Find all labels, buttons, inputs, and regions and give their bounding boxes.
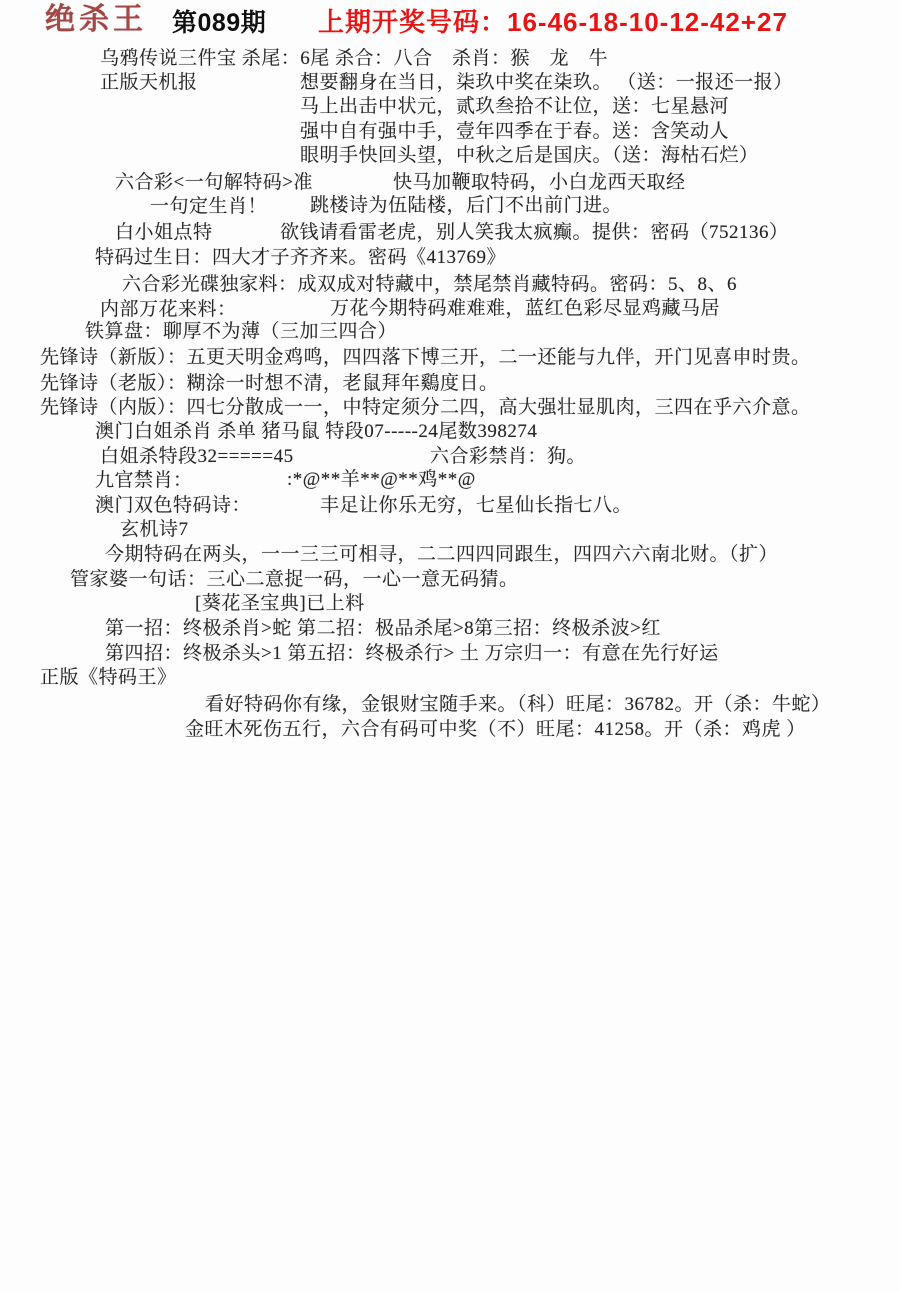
doc-line-yiju-jietema: 快马加鞭取特码，小白龙西天取经 xyxy=(393,172,686,194)
doc-line-jiugong-jinxiao: :*@**羊**@**鸡**@ xyxy=(287,469,476,491)
last-draw-numbers: 上期开奖号码：16-46-18-10-12-42+27 xyxy=(318,8,788,38)
page-title: 绝杀王 xyxy=(45,3,147,38)
scanned-lottery-sheet: 绝杀王 第089期 上期开奖号码：16-46-18-10-12-42+27 乌鸦… xyxy=(0,0,900,1292)
doc-line-xianfengshi-new: 先锋诗（新版）：五更天明金鸡鸣，四四落下博三开，二一还能与九伴，开门见喜申时贵。 xyxy=(40,347,811,369)
issue-number: 第089期 xyxy=(172,9,266,38)
doc-line-xianfengshi-old: 先锋诗（老版）：糊涂一时想不清，老鼠拜年鷄度日。 xyxy=(40,373,499,395)
section-label-jiugong-jinxiao: 九官禁肖： xyxy=(95,470,193,492)
doc-line-xianfengshi-inner: 先锋诗（内版）：四七分散成一一，中特定须分二四，高大强壮显肌肉，三四在乎六介意。 xyxy=(40,397,811,419)
section-label-neibu-wanhua: 内部万花来料： xyxy=(100,299,237,321)
doc-line-zhao-45: 第四招：终极杀头>1 第五招：终极杀行> 土 万宗归一：有意在先行好运 xyxy=(105,643,719,665)
doc-line-baijie-shateduan: 白姐杀特段32=====45 xyxy=(100,446,294,468)
doc-line-neibu-wanhua: 万花今期特码难难难，蓝红色彩尽显鸡藏马居 xyxy=(330,298,720,320)
doc-line-temawang-2: 金旺木死伤五行，六合有码可中奖（不）旺尾：41258。开（杀：鸡虎 ） xyxy=(185,719,806,741)
section-label-yiju-shengxiao: 一句定生肖！ xyxy=(150,196,267,218)
doc-line-tianjibao-verse: 想要翻身在当日，柒玖中奖在柒玖。 （送：一报还一报） xyxy=(300,72,793,94)
doc-line-xuanjishi: 今期特码在两头，一一三三可相寻，二二四四同跟生，四四六六南北财。（扩） xyxy=(105,544,778,566)
section-label-tianjibao: 正版天机报 xyxy=(100,72,198,94)
doc-line-guanjiapo: 管家婆一句话：三心二意捉一码，一心一意无码猜。 xyxy=(70,569,519,591)
section-label-shuangse-shi: 澳门双色特码诗： xyxy=(95,495,251,517)
doc-line-guangdie-dujialiao: 六合彩光碟独家料：成双成对特藏中，禁尾禁肖藏特码。密码：5、8、6 xyxy=(122,274,737,296)
doc-line-temawang-1: 看好特码你有缘，金银财宝随手来。（科）旺尾：36782。开（杀：牛蛇） xyxy=(205,694,831,716)
section-label-kuihua-baodian: [葵花圣宝典]已上料 xyxy=(195,593,365,615)
doc-line-aomen-baijie-shaxiao: 澳门白姐杀肖 杀单 猪马鼠 特段07-----24尾数398274 xyxy=(95,421,537,443)
doc-line-shuangse-shi: 丰足让你乐无穷，七星仙长指七八。 xyxy=(320,495,632,517)
doc-line-verse-4: 眼明手快回头望，中秋之后是国庆。（送：海枯石烂） xyxy=(300,145,759,167)
doc-line-liuhecai-jinxiao: 六合彩禁肖：狗。 xyxy=(430,446,586,468)
doc-line-verse-3: 强中自有强中手，壹年四季在于春。送：含笑动人 xyxy=(300,121,729,143)
doc-line-zhao-123: 第一招：终极杀肖>蛇 第二招：极品杀尾>8第三招：终极杀波>红 xyxy=(105,618,661,640)
section-label-temawang: 正版《特码王》 xyxy=(40,667,177,689)
section-label-baixiaojie: 白小姐点特 xyxy=(115,222,213,244)
doc-line-tema-shengri: 特码过生日：四大才子齐齐来。密码《413769》 xyxy=(95,247,506,269)
doc-line-tiesuanpan: 铁算盘：聊厚不为薄（三加三四合） xyxy=(85,321,397,343)
doc-line-baixiaojie: 欲钱请看雷老虎，别人笑我太疯癫。提供：密码（752136） xyxy=(280,222,789,244)
section-label-yiju-jietema: 六合彩<一句解特码>准 xyxy=(115,172,313,194)
doc-line-verse-2: 马上出击中状元，贰玖叁拾不让位，送：七星悬河 xyxy=(300,96,729,118)
doc-line-crow-three-treasures: 乌鸦传说三件宝 杀尾：6尾 杀合：八合 杀肖：猴 龙 牛 xyxy=(100,48,608,70)
doc-line-yiju-shengxiao: 跳楼诗为伍陆楼，后门不出前门进。 xyxy=(310,195,622,217)
section-label-xuanjishi: 玄机诗7 xyxy=(120,519,189,541)
